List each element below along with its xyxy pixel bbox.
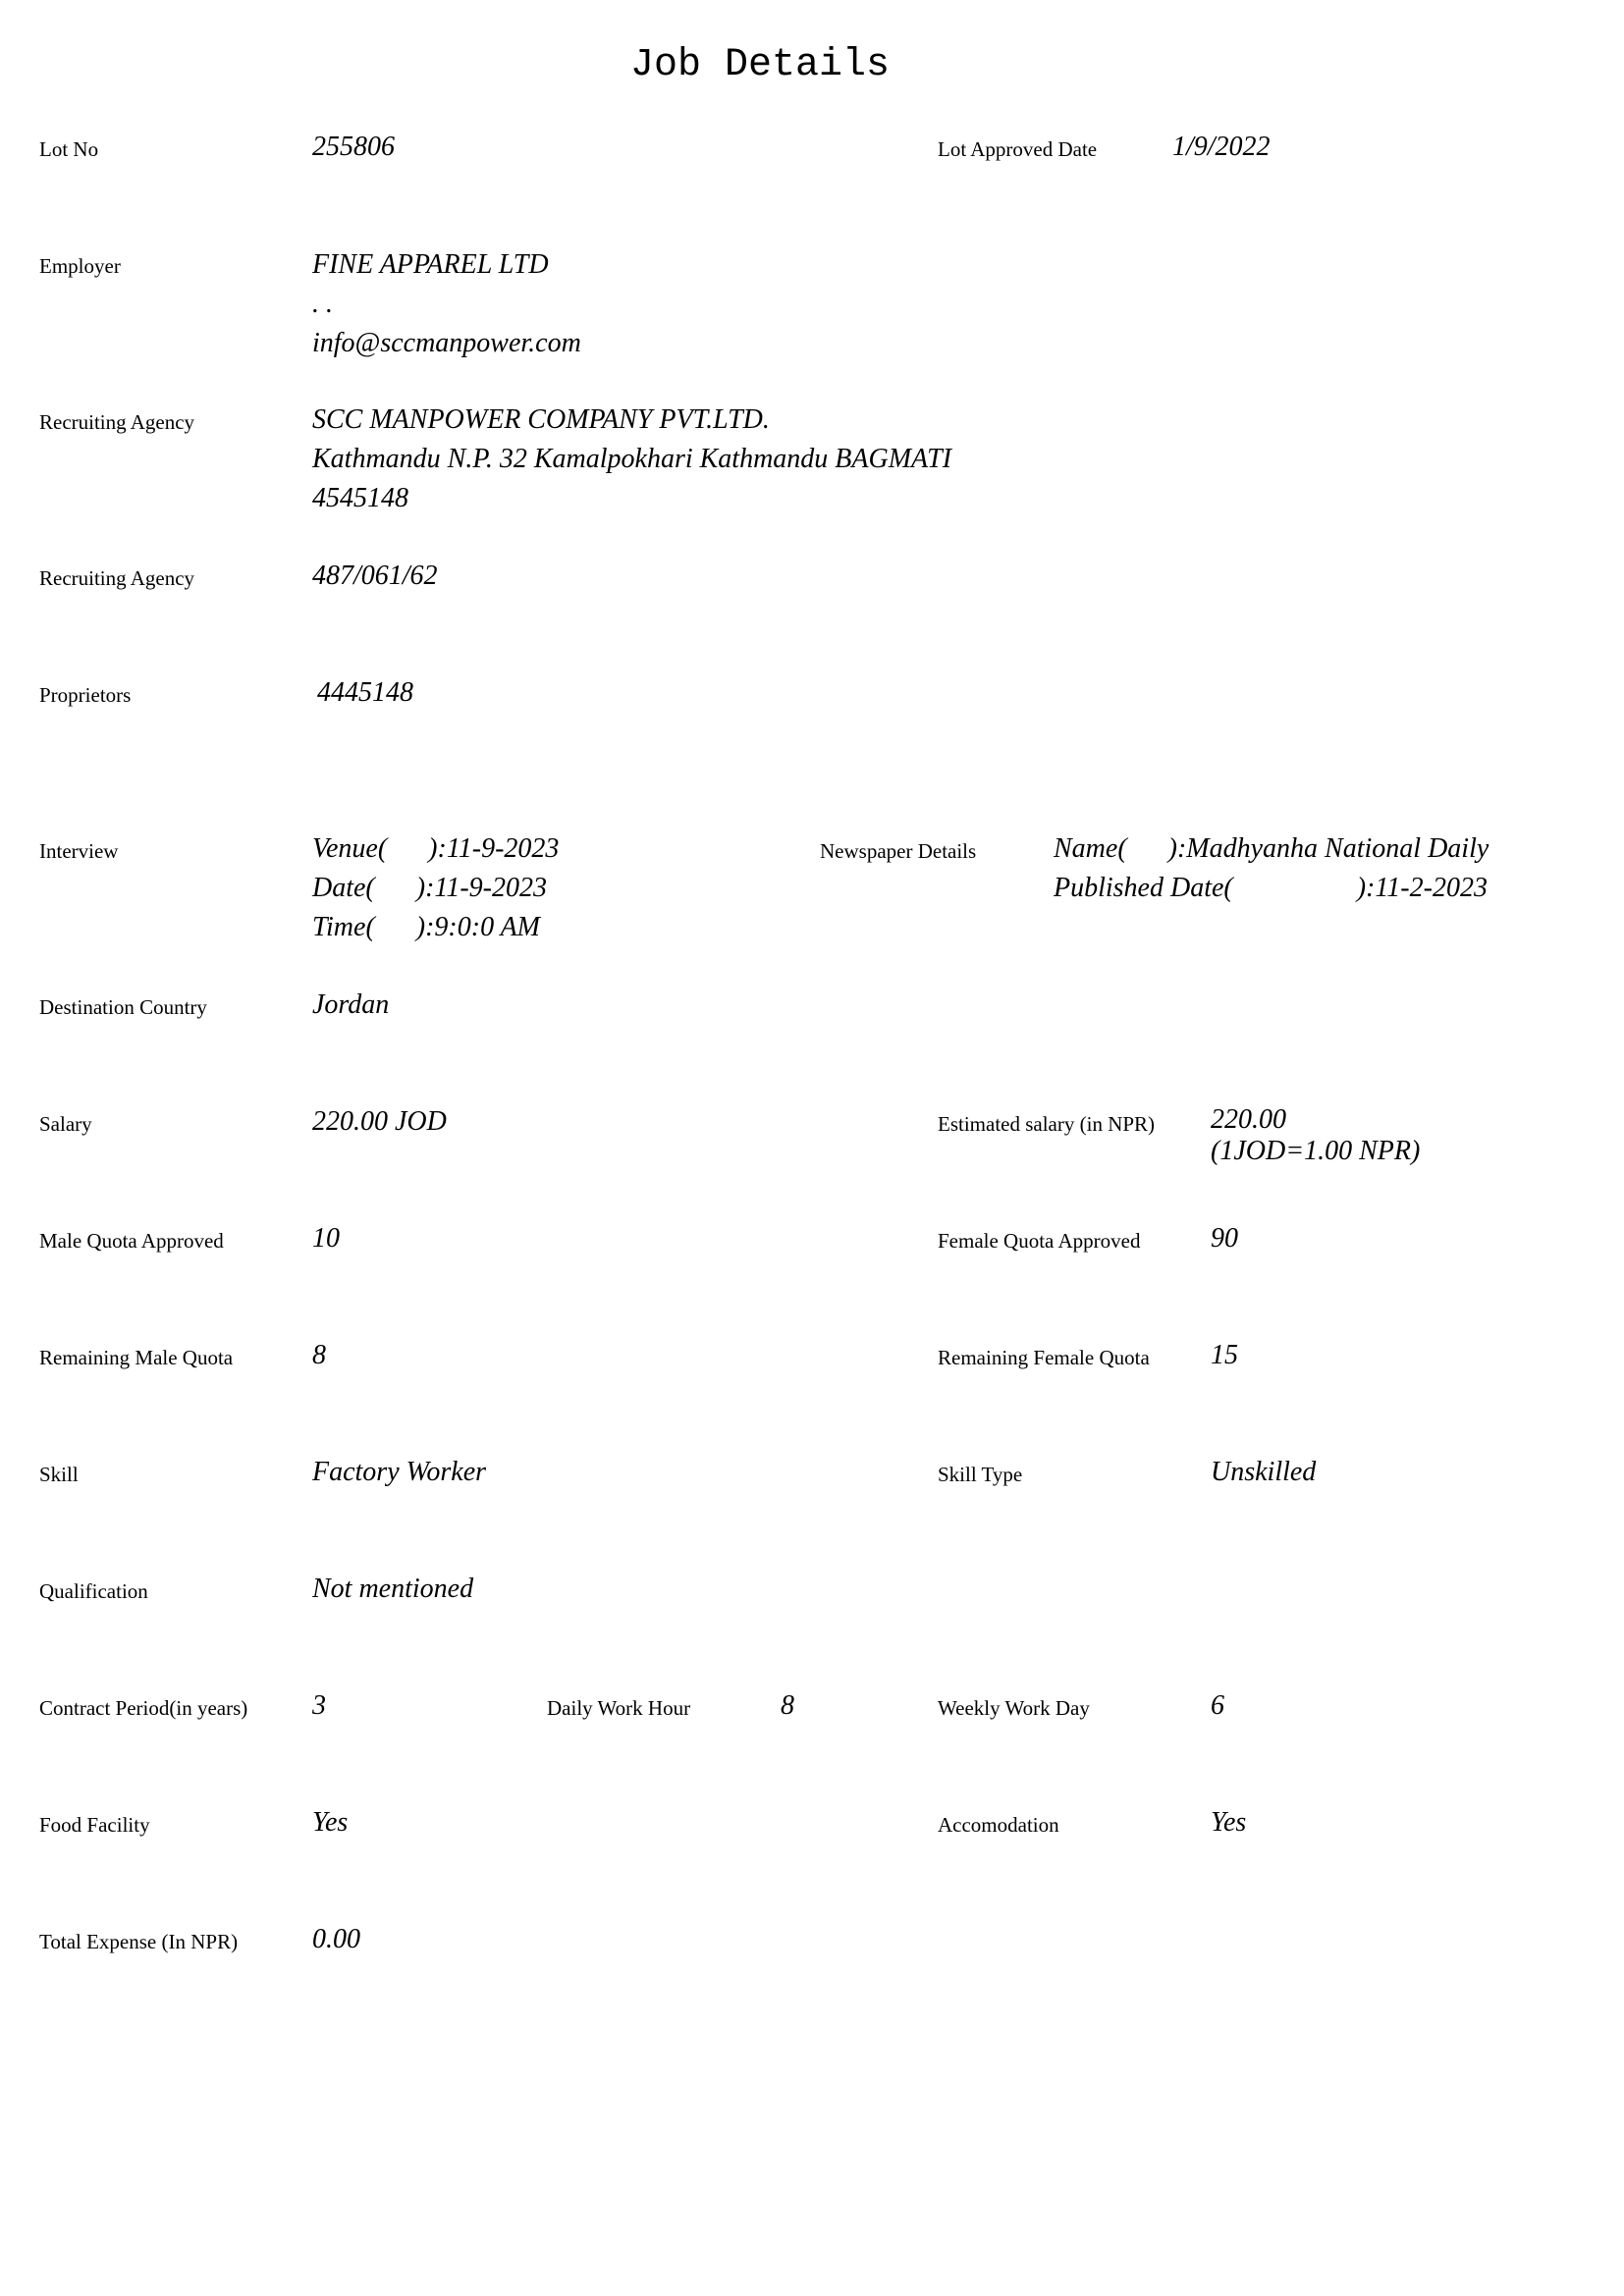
weekly-work-day-label: Weekly Work Day — [938, 1696, 1090, 1721]
qualification-value: Not mentioned — [312, 1570, 473, 1609]
employer-email: info@sccmanpower.com — [312, 324, 581, 363]
estimated-salary-amount: 220.00 — [1211, 1104, 1420, 1136]
employer-value: FINE APPAREL LTD . . info@sccmanpower.co… — [312, 245, 581, 363]
female-quota-label: Female Quota Approved — [938, 1229, 1140, 1254]
employer-name: FINE APPAREL LTD — [312, 245, 581, 285]
agency-license-label: Recruiting Agency — [39, 566, 194, 591]
skill-type-value: Unskilled — [1211, 1453, 1316, 1492]
daily-work-hour-label: Daily Work Hour — [547, 1696, 690, 1721]
male-quota-label: Male Quota Approved — [39, 1229, 224, 1254]
newspaper-name: Name( ):Madhyanha National Daily — [1054, 829, 1489, 869]
qualification-label: Qualification — [39, 1579, 148, 1604]
proprietors-label: Proprietors — [39, 683, 131, 708]
newspaper-details-label: Newspaper Details — [820, 839, 976, 864]
remaining-male-quota-value: 8 — [312, 1336, 326, 1375]
remaining-male-quota-label: Remaining Male Quota — [39, 1346, 233, 1370]
estimated-salary-label: Estimated salary (in NPR) — [938, 1112, 1155, 1137]
estimated-salary-value: 220.00 (1JOD=1.00 NPR) — [1211, 1104, 1420, 1167]
weekly-work-day-value: 6 — [1211, 1686, 1224, 1726]
skill-type-label: Skill Type — [938, 1463, 1022, 1487]
newspaper-published-date: Published Date( ):11-2-2023 — [1054, 869, 1489, 908]
remaining-female-quota-value: 15 — [1211, 1336, 1238, 1375]
interview-value: Venue( ):11-9-2023 Date( ):11-9-2023 Tim… — [312, 829, 559, 947]
salary-label: Salary — [39, 1112, 92, 1137]
accommodation-value: Yes — [1211, 1803, 1246, 1842]
food-facility-value: Yes — [312, 1803, 348, 1842]
female-quota-value: 90 — [1211, 1219, 1238, 1258]
interview-date: Date( ):11-9-2023 — [312, 869, 559, 908]
accommodation-label: Accomodation — [938, 1813, 1059, 1838]
lot-approved-date-value: 1/9/2022 — [1172, 128, 1271, 167]
lot-no-value: 255806 — [312, 128, 395, 167]
recruiting-agency-value: SCC MANPOWER COMPANY PVT.LTD. Kathmandu … — [312, 400, 951, 518]
destination-country-label: Destination Country — [39, 995, 207, 1020]
employer-address: . . — [312, 285, 581, 324]
daily-work-hour-value: 8 — [781, 1686, 794, 1726]
interview-time: Time( ):9:0:0 AM — [312, 908, 559, 947]
employer-label: Employer — [39, 254, 121, 279]
page-title: Job Details — [0, 43, 1520, 87]
lot-approved-date-label: Lot Approved Date — [938, 137, 1097, 162]
exchange-rate: (1JOD=1.00 NPR) — [1211, 1136, 1420, 1167]
total-expense-value: 0.00 — [312, 1920, 360, 1959]
interview-venue: Venue( ):11-9-2023 — [312, 829, 559, 869]
remaining-female-quota-label: Remaining Female Quota — [938, 1346, 1150, 1370]
newspaper-details-value: Name( ):Madhyanha National Daily Publish… — [1054, 829, 1489, 908]
food-facility-label: Food Facility — [39, 1813, 150, 1838]
contract-period-label: Contract Period(in years) — [39, 1696, 247, 1721]
agency-address: Kathmandu N.P. 32 Kamalpokhari Kathmandu… — [312, 440, 951, 479]
lot-no-label: Lot No — [39, 137, 98, 162]
salary-value: 220.00 JOD — [312, 1102, 447, 1142]
agency-phone: 4545148 — [312, 479, 951, 518]
proprietors-value: 4445148 — [317, 673, 413, 713]
contract-period-value: 3 — [312, 1686, 326, 1726]
skill-label: Skill — [39, 1463, 79, 1487]
destination-country-value: Jordan — [312, 986, 389, 1025]
total-expense-label: Total Expense (In NPR) — [39, 1930, 238, 1954]
recruiting-agency-label: Recruiting Agency — [39, 410, 194, 435]
agency-license-value: 487/061/62 — [312, 557, 438, 596]
skill-value: Factory Worker — [312, 1453, 486, 1492]
agency-name: SCC MANPOWER COMPANY PVT.LTD. — [312, 400, 951, 440]
interview-label: Interview — [39, 839, 118, 864]
male-quota-value: 10 — [312, 1219, 340, 1258]
